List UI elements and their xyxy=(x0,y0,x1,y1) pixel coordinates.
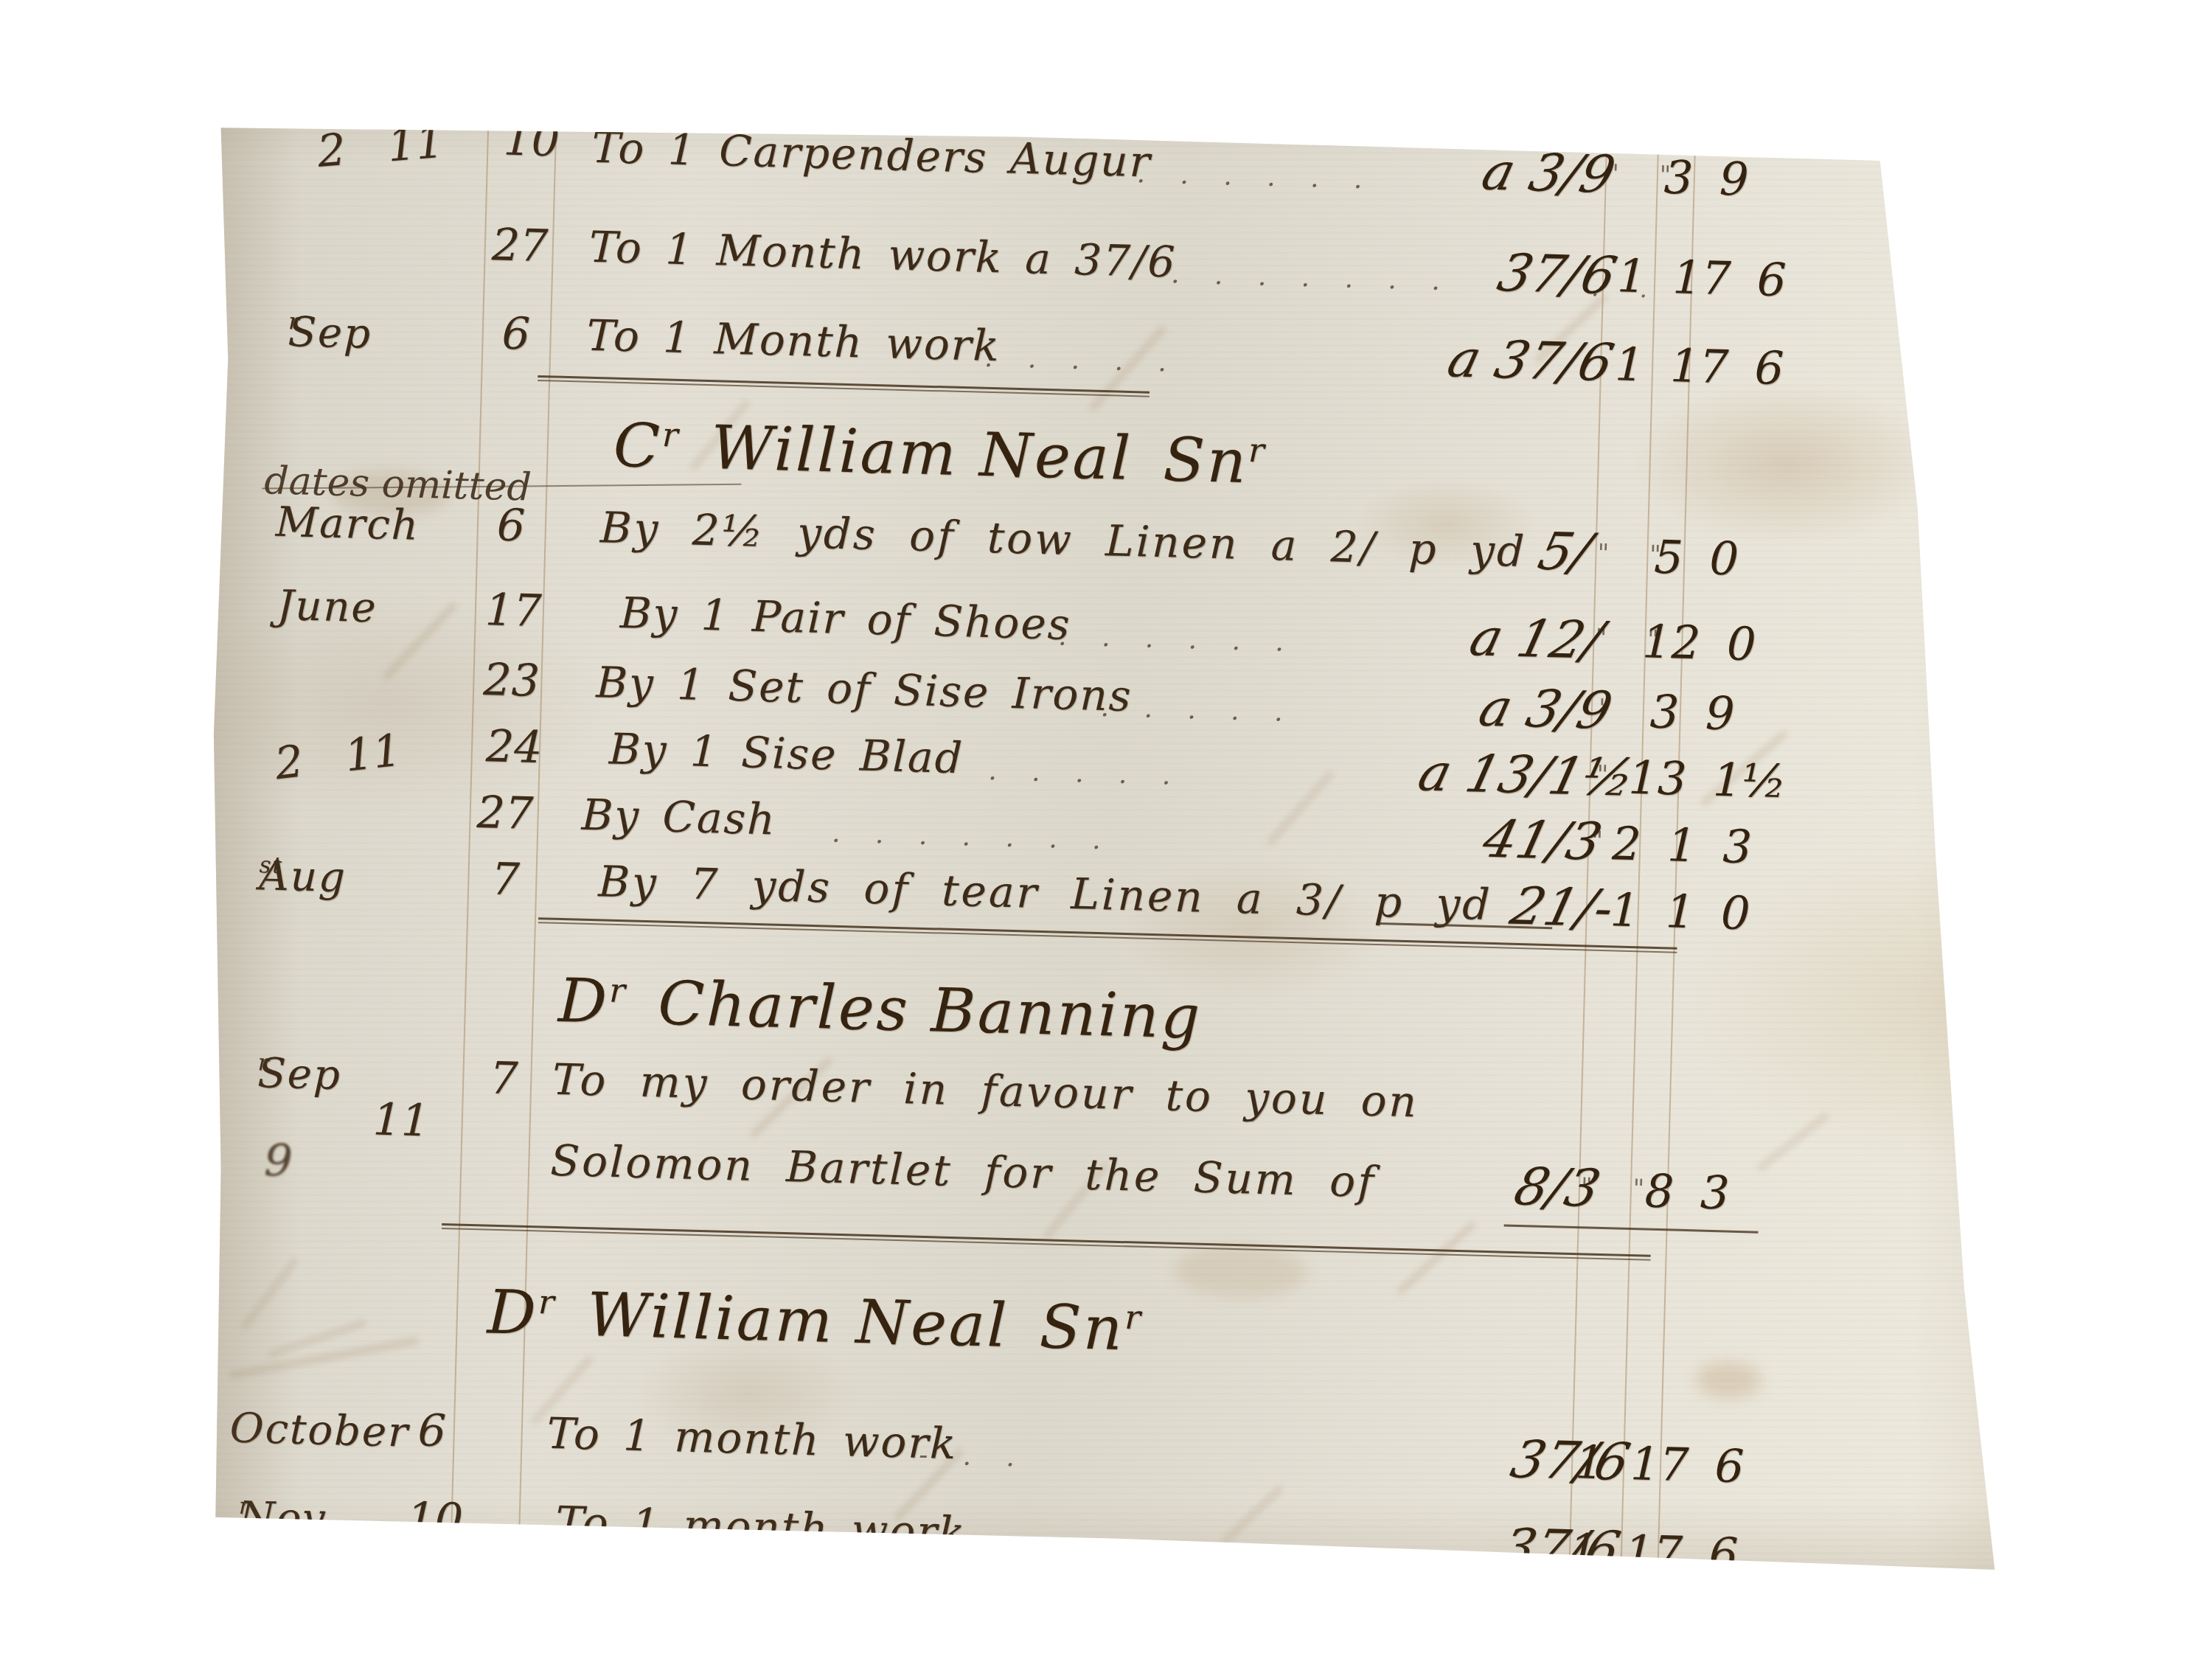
day-number: 7 xyxy=(491,854,521,906)
entry-text: Solomon Bartlet for the Sum of xyxy=(550,1135,1377,1207)
stain xyxy=(1174,1244,1308,1299)
entry-text: To 1 month work xyxy=(546,1408,958,1470)
bleedthrough-scribble xyxy=(229,1337,419,1379)
dot-leaders: . . . . . xyxy=(984,343,1180,378)
rate: 5/ xyxy=(1533,521,1598,582)
day-number: 27 xyxy=(491,219,549,272)
margin-folio: 2 11 xyxy=(316,116,446,178)
dot-leaders: . . . . . . . xyxy=(832,818,1115,856)
section-header-neal-debit: DrWilliam NealSnr xyxy=(487,1278,1144,1365)
ledger-row: 2 11 10 To 1 Carpenders Augur . . . . . … xyxy=(207,112,2000,230)
rate: a 3/9 xyxy=(1476,142,1621,205)
day-number: 6 xyxy=(496,500,526,552)
entry-text: To 1 month work xyxy=(555,1497,967,1558)
day-number: 7 xyxy=(489,1053,518,1105)
ditto-marks: " xyxy=(1598,694,1627,724)
rate: a 37/6 xyxy=(1442,329,1620,393)
amount: 8 3 xyxy=(1644,1164,1730,1220)
amount: 3 9 xyxy=(1649,685,1735,741)
dot-leaders: . . xyxy=(967,1530,1033,1562)
dot-leaders: . . . . . xyxy=(988,756,1184,791)
entry-text: By 2½ yds of tow Linen a 2/ p yd xyxy=(599,502,1527,577)
day-number: 10 xyxy=(503,114,560,167)
section-header-banning-debit: DrCharles Banning xyxy=(557,966,1203,1053)
day-number: 27 xyxy=(476,787,534,840)
amount: 1 17 6 xyxy=(1574,1435,1745,1493)
entry-text: By 1 Sise Blad xyxy=(608,724,964,784)
ditto-marks: " xyxy=(1596,760,1625,790)
dot-leaders: - . . xyxy=(919,1440,1029,1473)
amount: 1 17 6 xyxy=(1616,248,1787,307)
rate: 21/- xyxy=(1505,876,1620,939)
entry-text: By Cash xyxy=(581,790,777,845)
month-label: October xyxy=(229,1404,410,1456)
amount: 13 1½ xyxy=(1628,751,1787,809)
entry-text: To 1 Month work xyxy=(586,310,1001,372)
day-number: 10 xyxy=(406,1493,464,1546)
amount: 3 9 xyxy=(1663,150,1749,206)
bleedthrough-mark xyxy=(240,1257,299,1331)
margin-folio: 11 xyxy=(372,1093,430,1147)
ledger-content: 2 11 10 To 1 Carpenders Augur . . . . . … xyxy=(171,68,2001,1615)
entry-text: To my order in favour to you on xyxy=(552,1054,1419,1127)
amount: 12 0 xyxy=(1641,614,1756,671)
amount: 2 1 3 xyxy=(1611,816,1753,874)
day-number: 24 xyxy=(485,720,543,773)
entry-text: To 1 Carpenders Augur xyxy=(591,122,1152,187)
rate: 41/3 xyxy=(1478,809,1608,872)
dot-leaders: . . . . . . xyxy=(1058,622,1298,658)
dot-leaders: . . . . . . xyxy=(1136,159,1376,195)
month-label: March xyxy=(275,498,420,550)
margin-folio: 2 11 xyxy=(272,725,403,790)
entry-text: By 1 Pair of Shoes xyxy=(619,588,1071,650)
month-label: June xyxy=(276,582,378,633)
dot-leaders: . . . . . . . xyxy=(1171,259,1454,296)
day-number: 17 xyxy=(484,584,542,637)
amount: 1 1 0 xyxy=(1610,883,1751,940)
bleedthrough-mark xyxy=(1396,1221,1476,1295)
entry-text: To 1 Month work a 37/6 xyxy=(588,222,1177,288)
amount: 5 0 xyxy=(1653,530,1739,586)
rate: a 3/9 xyxy=(1473,678,1618,741)
rate: a 12/ xyxy=(1464,607,1609,670)
day-number: 6 xyxy=(501,308,531,361)
dot-leaders: . . . . . xyxy=(1100,692,1296,728)
margin-blot: 9 xyxy=(263,1135,293,1188)
amount: 1 17 6 xyxy=(1614,337,1784,395)
day-number: 6 xyxy=(417,1405,447,1457)
day-number: 23 xyxy=(483,654,540,707)
amount: 1 17 6 xyxy=(1568,1523,1739,1582)
photo-background: 2 11 10 To 1 Carpenders Augur . . . . . … xyxy=(0,0,2212,1659)
ledger-page: 2 11 10 To 1 Carpenders Augur . . . . . … xyxy=(210,74,2002,1574)
stain xyxy=(1695,1360,1762,1399)
